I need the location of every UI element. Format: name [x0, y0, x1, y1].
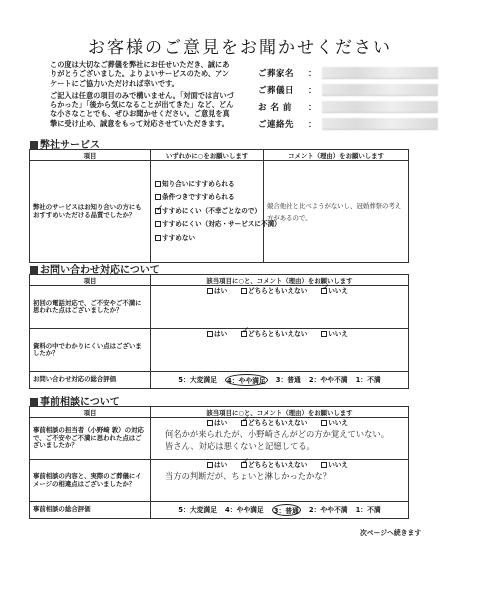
preconsultation-table: 項目 該当項目に○と、コメント（理由）をお願いします 事前相談の担当者（小野崎 …: [29, 406, 409, 519]
info-label: ご葬家名: [258, 67, 308, 79]
phone-response-answers: はい どちらともいえない いいえ: [151, 286, 409, 329]
checkbox-checked[interactable]: [241, 462, 247, 468]
checkbox[interactable]: [207, 462, 213, 468]
handwritten-comment-line-1[interactable]: 何名かが来られたが、小野崎さんがどの方か覚えていない。: [151, 428, 408, 440]
family-name-field-redacted[interactable]: [322, 67, 438, 79]
header-item: 項目: [30, 150, 151, 161]
square-bullet-icon: [30, 398, 38, 406]
header-comment: コメント（理由）をお願いします: [264, 150, 409, 161]
option-yes[interactable]: はい: [207, 418, 227, 428]
checkbox[interactable]: [155, 221, 161, 227]
option-label: どちらともいえない: [248, 461, 307, 469]
info-colon: ：: [308, 118, 322, 130]
option-no[interactable]: いいえ: [321, 329, 348, 339]
preconsultation-overall-rating: 5：大変満足 4：やや満足 3：普通 2：やや不満 1：不満: [151, 502, 409, 519]
checkbox[interactable]: [155, 235, 161, 241]
rating-4[interactable]: 4：やや満足: [225, 504, 264, 516]
info-row-family-name: ご葬家名 ：: [258, 64, 438, 81]
checkbox[interactable]: [207, 331, 213, 337]
rating-5[interactable]: 5：大変満足: [178, 374, 217, 386]
header-check-comment: 該当項目に○と、コメント（理由）をお願いします: [151, 407, 409, 418]
option-label: はい: [214, 287, 227, 295]
recommend-options: 知り合いにすすめられる 条件つきですすめられる すすめにくい（不幸ごとなので） …: [151, 161, 264, 263]
option-label: どちらともいえない: [248, 330, 307, 338]
square-bullet-icon: [30, 141, 38, 149]
square-bullet-icon: [30, 266, 38, 274]
info-label: お 名 前: [258, 101, 308, 113]
question-phone-response: 初回の電話対応で、ご不安やご不満に思われた点はございましたか？: [30, 286, 151, 329]
checkbox[interactable]: [321, 331, 327, 337]
checkbox[interactable]: [321, 420, 327, 426]
contact-field-redacted[interactable]: [322, 118, 438, 130]
option-hard-dissatisfied[interactable]: すすめにくい（対応・サービスに不満）: [155, 218, 259, 232]
header-item: 項目: [30, 275, 151, 286]
option-label: どちらともいえない: [248, 287, 307, 295]
option-no[interactable]: いいえ: [321, 460, 348, 470]
next-page-note: 次ページへ続きます: [360, 527, 421, 537]
question-recommend: 弊社のサービスはお知り合いの方にもおすすめいただける品質でしたか？: [30, 161, 151, 263]
option-label: 知り合いにすすめられる: [162, 180, 235, 188]
header-check-comment: 該当項目に○と、コメント（理由）をお願いします: [151, 275, 409, 286]
header-item: 項目: [30, 407, 151, 418]
option-label: はい: [214, 419, 227, 427]
handwritten-comment-line-1[interactable]: 当方の判断だが、ちょいと淋しかったかな？: [151, 470, 408, 482]
checkbox[interactable]: [207, 420, 213, 426]
option-label: はい: [214, 461, 227, 469]
rating-3-circled[interactable]: 3：普通: [272, 504, 301, 516]
info-row-name: お 名 前 ：: [258, 98, 438, 115]
option-label: すすめにくい（不幸ごとなので）: [162, 207, 261, 215]
option-recommend-friends[interactable]: 知り合いにすすめられる: [155, 178, 259, 192]
funeral-date-field-redacted[interactable]: [322, 84, 438, 96]
inquiry-overall-label: お問い合わせ対応の総合評価: [30, 372, 151, 389]
option-neutral[interactable]: どちらともいえない: [241, 329, 307, 339]
option-label: すすめない: [162, 234, 195, 242]
option-hard-misfortune[interactable]: すすめにくい（不幸ごとなので）: [155, 205, 259, 219]
checkbox[interactable]: [155, 181, 161, 187]
intro-paragraph-1: この度は大切なご葬儀を弊社にお任せいただき、誠にありがとうございました。よりよい…: [50, 60, 235, 88]
info-label: ご連絡先: [258, 118, 308, 130]
page-title: お客様のご意見をお聞かせください: [0, 33, 480, 58]
option-yes[interactable]: はい: [207, 286, 227, 296]
handwritten-comment[interactable]: 競合他社と比べようがないし、冠婚葬祭の考え方があるので。: [264, 161, 409, 263]
option-label: いいえ: [328, 461, 348, 469]
option-label: どちらともいえない: [248, 419, 307, 427]
option-no[interactable]: いいえ: [321, 418, 348, 428]
option-not-recommend[interactable]: すすめない: [155, 232, 259, 246]
option-label: すすめにくい（対応・サービスに不満）: [162, 220, 281, 228]
info-label: ご葬儀日: [258, 84, 308, 96]
option-yes[interactable]: はい: [207, 460, 227, 470]
option-neutral[interactable]: どちらともいえない: [241, 418, 307, 428]
option-recommend-conditional[interactable]: 条件つきですすめられる: [155, 191, 259, 205]
expectation-gap-answers: はい どちらともいえない いいえ 当方の判断だが、ちょいと淋しかったかな？: [151, 460, 409, 502]
rating-4-circled[interactable]: 4：やや満足: [225, 374, 268, 386]
option-no[interactable]: いいえ: [321, 286, 348, 296]
header-choose: いずれかに○をお願いします: [151, 150, 264, 161]
option-neutral[interactable]: どちらともいえない: [241, 460, 307, 470]
info-colon: ：: [308, 67, 322, 79]
checkbox[interactable]: [155, 194, 161, 200]
option-label: はい: [214, 330, 227, 338]
option-neutral[interactable]: どちらともいえない: [241, 286, 307, 296]
intro-text: この度は大切なご葬儀を弊社にお任せいただき、誠にありがとうございました。よりよい…: [50, 60, 235, 131]
rating-3[interactable]: 3：普通: [276, 374, 301, 386]
rating-1[interactable]: 1：不満: [356, 374, 381, 386]
option-label: いいえ: [328, 287, 348, 295]
info-colon: ：: [308, 84, 322, 96]
info-row-funeral-date: ご葬儀日 ：: [258, 81, 438, 98]
info-row-contact: ご連絡先 ：: [258, 115, 438, 132]
preconsultation-overall-label: 事前相談の総合評価: [30, 502, 151, 519]
customer-info: ご葬家名 ： ご葬儀日 ： お 名 前 ： ご連絡先 ：: [258, 64, 438, 132]
rating-5[interactable]: 5：大変満足: [178, 504, 217, 516]
rating-2[interactable]: 2：やや不満: [309, 374, 348, 386]
name-field-redacted[interactable]: [322, 101, 438, 113]
option-yes[interactable]: はい: [207, 329, 227, 339]
question-staff-response: 事前相談の担当者（小野崎 敦）の対応で、ご不安やご不満に思われた点はございました…: [30, 418, 151, 460]
survey-page: お客様のご意見をお聞かせください この度は大切なご葬儀を弊社にお任せいただき、誠…: [0, 0, 480, 600]
handwritten-comment-line-2[interactable]: 皆さん、対応は悪くないと記憶してる。: [151, 440, 408, 452]
option-label: いいえ: [328, 419, 348, 427]
service-table: 項目 いずれかに○をお願いします コメント（理由）をお願いします 弊社のサービス…: [29, 149, 409, 263]
inquiry-table: 項目 該当項目に○と、コメント（理由）をお願いします 初回の電話対応で、ご不安や…: [29, 274, 409, 389]
checkbox[interactable]: [241, 288, 247, 294]
checkbox-checked[interactable]: [241, 420, 247, 426]
rating-1[interactable]: 1：不満: [356, 504, 381, 516]
checkbox-checked[interactable]: [321, 288, 327, 294]
question-materials-clarity: 資料の中でわかりにくい点はございましたか？: [30, 329, 151, 372]
rating-2[interactable]: 2：やや不満: [309, 504, 348, 516]
materials-clarity-answers: はい どちらともいえない いいえ: [151, 329, 409, 372]
checkbox-checked[interactable]: [155, 208, 161, 214]
checkbox[interactable]: [321, 462, 327, 468]
question-expectation-gap: 事前相談の内容と、実際のご葬儀にイメージの相違点はございましたか？: [30, 460, 151, 502]
option-label: いいえ: [328, 330, 348, 338]
option-label: 条件つきですすめられる: [162, 193, 235, 201]
checkbox-checked[interactable]: [241, 331, 247, 337]
info-colon: ：: [308, 101, 322, 113]
staff-response-answers: はい どちらともいえない いいえ 何名かが来られたが、小野崎さんがどの方か覚えて…: [151, 418, 409, 460]
intro-paragraph-2: ご記入は任意の項目のみで構いません。「対面では言いづらかった」「後から気になるこ…: [50, 91, 235, 128]
checkbox[interactable]: [207, 288, 213, 294]
inquiry-overall-rating: 5：大変満足 4：やや満足 3：普通 2：やや不満 1：不満: [151, 372, 409, 389]
